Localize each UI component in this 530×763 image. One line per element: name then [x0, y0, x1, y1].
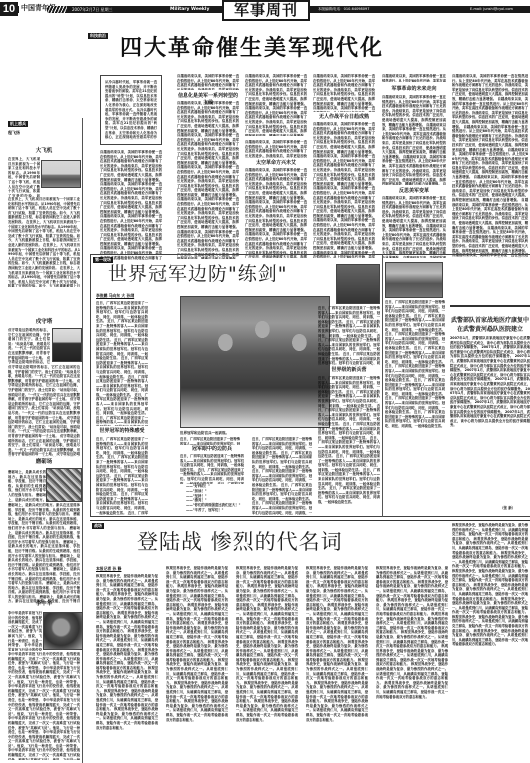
intro-text: 从冷兵器时代起，军事革命就一直伴随着人类战争的发展，并不断改变着战争的面貌。美军…: [105, 80, 157, 140]
tower-photo: [52, 328, 82, 362]
news-headline-2: 在武警黄河总队医院建立: [450, 325, 530, 334]
feature-story-headline: 世界冠军边防"练剑": [108, 263, 287, 285]
left-column-kicker: 机上感兵: [8, 121, 28, 127]
feature-byline: 李俊鹏 马向东 大 孙纲: [96, 293, 134, 299]
bottom-col-2: 纵观世界战争史，登陆作战始终是最为复杂、最为惨烈的作战样式之一。从诺曼底到仁川，…: [166, 566, 228, 760]
top-story-col-3b: 自越战结束以来，美国的军事革命便一直在悄然进行。从上世纪80年代开始，美军在高技…: [245, 140, 307, 158]
left-section-body-4a: 李中华是我军首批飞行员中的佼佼者，他驾驶战机翱翔蓝天，完成了一次又一次高难度飞行…: [8, 611, 42, 651]
bottom-col-5: 纵观世界战争史，登陆作战始终是最为复杂、最为惨烈的作战样式之一。从诺曼底到仁川，…: [376, 566, 448, 760]
top-story-col-5b: 自越战结束以来，美国的军事革命便一直在悄然进行。从上世纪80年代开始，美军在高技…: [382, 95, 446, 185]
champions-training-photo: [180, 296, 330, 428]
bottom-col-4: 纵观世界战争史，登陆作战始终是最为复杂、最为惨烈的作战样式之一。从诺曼底到仁川，…: [306, 566, 368, 760]
chant-list: ——"好样的！" ——"加油！" ——"坚持！" ——"漂亮！" ——"你们的训…: [186, 484, 246, 513]
left-section-body-1b: 在世界上，大飞机项目历来被视为一个国家工业化和科技水平的标志。从1990年起，中…: [8, 197, 80, 287]
top-story-col-4a: 自越战结束以来，美国的军事革命便一直在悄然进行。从上世纪80年代开始，美军在高技…: [313, 74, 375, 112]
editor-phone: 本版编辑/电话：010-64098097: [318, 6, 369, 13]
pilot-photo: [43, 612, 83, 650]
left-section-body-4b: 李中华是我军首批飞行员中的佼佼者，他驾驶战机翱翔蓝天，完成了一次又一次高难度飞行…: [8, 652, 80, 760]
top-story-subhead-4: 军事革命的未来走向: [382, 86, 446, 93]
feature-subhead-2: 冠军眼中的边防兵: [180, 446, 244, 453]
feature-col-4a: 近日，广西军区某边防团迎来了一批特殊的客人——来自国家队的世界冠军们。冠军们与边…: [318, 306, 380, 366]
intro-box: 从冷兵器时代起，军事革命就一直伴随着人类战争的发展，并不断改变着战争的面貌。美军…: [100, 75, 162, 145]
left-section-title-1: 大飞机: [8, 147, 80, 155]
soldier-portrait-photo: [336, 264, 380, 304]
bottom-col-3: 纵观世界战争史，登陆作战始终是最为复杂、最为惨烈的作战样式之一。从诺曼底到仁川，…: [236, 566, 298, 760]
bottom-top-rule: [90, 520, 530, 521]
news-signature: （张 新）: [500, 506, 515, 511]
feature-divider: [382, 254, 383, 517]
left-section-body-3b: 磨砺场上，是新兵成长的地方。新兵在这里练体能、学技能，经历千锤百炼。从最初的生疏…: [8, 503, 80, 603]
bottom-col-1: 纵观世界战争史，登陆作战始终是最为复杂、最为惨烈的作战样式之一。从诺曼底到仁川，…: [96, 574, 158, 760]
feature-subhead-3: 世界级的新兵营: [318, 367, 380, 374]
plane-photo: [41, 160, 81, 188]
feature-col-2a: 近日，广西军区某边防团迎来了一批特殊的客人——来自国家队的世界冠军们。冠军们与边…: [180, 437, 240, 445]
bottom-col-6: 纵观世界战争史，登陆作战始终是最为复杂、最为惨烈的作战样式之一。从诺曼底到仁川，…: [452, 523, 528, 760]
top-story-subhead-2: 太空革命方兴未艾: [245, 160, 307, 167]
bottom-story-kicker: 战场: [92, 523, 104, 529]
top-story-col-3a: 自越战结束以来，美国的军事革命便一直在悄然进行。从上世纪80年代开始，美军在高技…: [245, 74, 307, 136]
right-col-1: 近日，广西军区某边防团迎来了一批特殊的客人——来自国家队的世界冠军们。冠军们与边…: [385, 300, 445, 515]
feature-col-1: 近日，广西军区某边防团迎来了一批特殊的客人——来自国家队的世界冠军们。冠军们与边…: [96, 301, 148, 426]
left-column-author: 程飞扬: [8, 130, 20, 136]
bottom-story-headline: 登陆战 惨烈的代名词: [137, 530, 343, 555]
feature-subhead-left: 世界冠军的特殊感受: [96, 428, 148, 435]
left-section-title-2: 戍守塔: [8, 318, 80, 326]
section-title: 军事周刊: [222, 0, 310, 21]
left-section-body-2b: 戍守塔是边防哨所的标志，它伫立在祖国的边陲，守护着国门的安宁。战士们常说："站岗…: [8, 365, 80, 457]
top-story-kicker: 科技前沿: [88, 33, 108, 39]
left-section-title-4: 李中华: [8, 600, 80, 608]
top-story-col-6: 自越战结束以来，美国的军事革命便一直在悄然进行。从上世纪80年代开始，美军在高技…: [452, 74, 528, 258]
left-section-body-2a: 戍守塔是边防哨所的标志，它伫立在祖国的边陲，守护着国门的安宁。战士们常说："站岗…: [8, 328, 50, 364]
top-story-col-5c: 自越战结束以来，美国的军事革命便一直在悄然进行。从上世纪80年代开始，美军在高技…: [382, 196, 446, 258]
group-photo: [385, 262, 443, 298]
news-top-rule: [450, 305, 530, 307]
bottom-byline: 本报记者 孙 静: [96, 566, 121, 572]
left-section-body-1a: 在世界上，大飞机项目历来被视为一个国家工业化和科技水平的标志。从1990年起，中…: [8, 157, 40, 197]
left-section-title-3: 磨砺场: [8, 458, 80, 466]
issue-date: 2007年2月7日 星期三: [72, 6, 113, 13]
page-number: 10: [0, 2, 18, 16]
feature-col-4b: 近日，广西军区某边防团迎来了一批特殊的客人——来自国家队的世界冠军们。冠军们与边…: [318, 376, 380, 515]
top-story-col-2b: 自越战结束以来，美国的军事革命便一直在悄然进行。从上世纪80年代开始，美军在高技…: [177, 101, 239, 259]
top-story-col-4b: 自越战结束以来，美国的军事革命便一直在悄然进行。从上世纪80年代开始，美军在高技…: [313, 122, 375, 258]
top-story-col-3c: 自越战结束以来，美国的军事革命便一直在悄然进行。从上世纪80年代开始，美军在高技…: [245, 168, 307, 258]
top-story-subhead-3: 无人作战平台日趋成熟: [313, 114, 375, 121]
chant-line: ——"辛苦了，冠军们！": [186, 508, 246, 513]
feature-col-2b: 近日，广西军区某边防团迎来了一批特殊的客人——来自国家队的世界冠军们。冠军们与边…: [180, 454, 244, 484]
top-story-col-1: 自越战结束以来，美国的军事革命便一直在悄然进行。从上世纪80年代开始，美军在高技…: [100, 150, 162, 260]
english-title: Military Weekly: [170, 6, 209, 13]
feature-col-1b: 近日，广西军区某边防团迎来了一批特殊的客人——来自国家队的世界冠军们。冠军们与边…: [96, 437, 148, 515]
news-body: 2007年1月，武警部队首家战地医疗康复中心在武警黄河总队医院正式成立，该中心将…: [450, 336, 530, 486]
top-story-col-2a: 自越战结束以来，美国的军事革命便一直在悄然进行。从上世纪80年代开始，美军在高技…: [177, 74, 239, 90]
feature-col-3: 近日，广西军区某边防团迎来了一批特殊的客人——来自国家队的世界冠军们。冠军们与边…: [252, 437, 312, 515]
decorative-hatch: [47, 6, 67, 13]
left-section-body-3a: 磨砺场上，是新兵成长的地方。新兵在这里练体能、学技能，经历千锤百炼。从最初的生疏…: [8, 470, 46, 502]
top-story-headline: 四大革命催生美军现代化: [120, 36, 384, 62]
main-photo-caption: 世界冠军和边防官兵一起训练。: [180, 430, 229, 436]
top-story-subhead-5: 反思美军变革: [382, 188, 446, 195]
editor-email: E-mail: junshi@cyol.com: [470, 6, 513, 13]
left-column-divider: [82, 118, 83, 763]
top-story-col-5a: 自越战结束以来，美国的军事革命便一直在悄然进行。从上世纪80年代开始，美军在高技…: [382, 74, 446, 82]
training-ground-photo: [46, 468, 82, 502]
